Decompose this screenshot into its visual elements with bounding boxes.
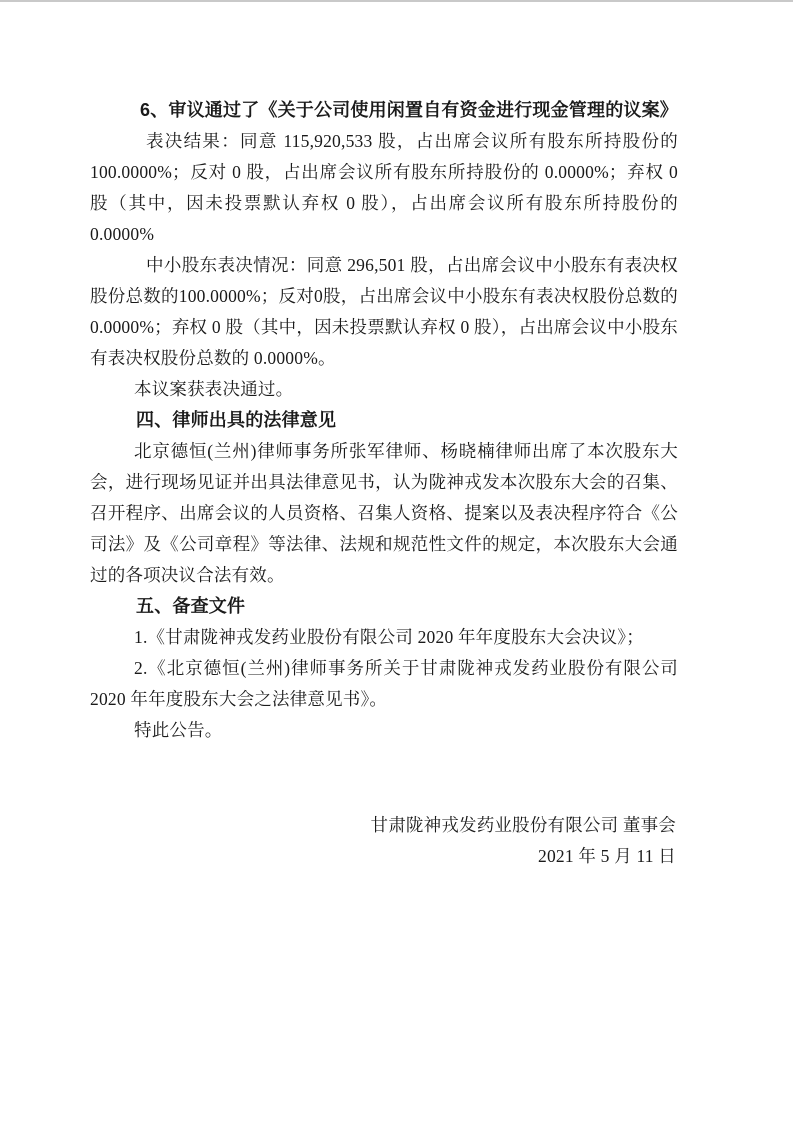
signature-date-line: 2021 年 5 月 11 日: [90, 841, 676, 872]
paragraph-vote-result-minority: 中小股东表决情况：同意 296,501 股，占出席会议中小股东有表决权股份总数的…: [90, 250, 678, 374]
section-heading-reference-documents: 五、备查文件: [90, 591, 678, 622]
document-page: 6、审议通过了《关于公司使用闲置自有资金进行现金管理的议案》 表决结果：同意 1…: [0, 0, 793, 1122]
paragraph-announcement-note: 特此公告。: [90, 715, 678, 746]
paragraph-resolution-passed: 本议案获表决通过。: [90, 374, 678, 405]
scan-edge-line: [0, 0, 793, 2]
paragraph-vote-result-all: 表决结果：同意 115,920,533 股，占出席会议所有股东所持股份的100.…: [90, 126, 678, 250]
section-heading-item-6: 6、审议通过了《关于公司使用闲置自有资金进行现金管理的议案》: [90, 95, 678, 126]
signature-company-line: 甘肃陇神戎发药业股份有限公司 董事会: [90, 810, 676, 841]
signature-block: 甘肃陇神戎发药业股份有限公司 董事会 2021 年 5 月 11 日: [90, 810, 678, 872]
paragraph-legal-opinion: 北京德恒(兰州)律师事务所张军律师、杨晓楠律师出席了本次股东大会，进行现场见证并…: [90, 436, 678, 591]
paragraph-reference-doc-2: 2.《北京德恒(兰州)律师事务所关于甘肃陇神戎发药业股份有限公司 2020 年年…: [90, 653, 678, 715]
section-heading-legal-opinion: 四、律师出具的法律意见: [90, 405, 678, 436]
paragraph-reference-doc-1: 1.《甘肃陇神戎发药业股份有限公司 2020 年年度股东大会决议》；: [90, 622, 678, 653]
document-body: 6、审议通过了《关于公司使用闲置自有资金进行现金管理的议案》 表决结果：同意 1…: [90, 95, 678, 872]
